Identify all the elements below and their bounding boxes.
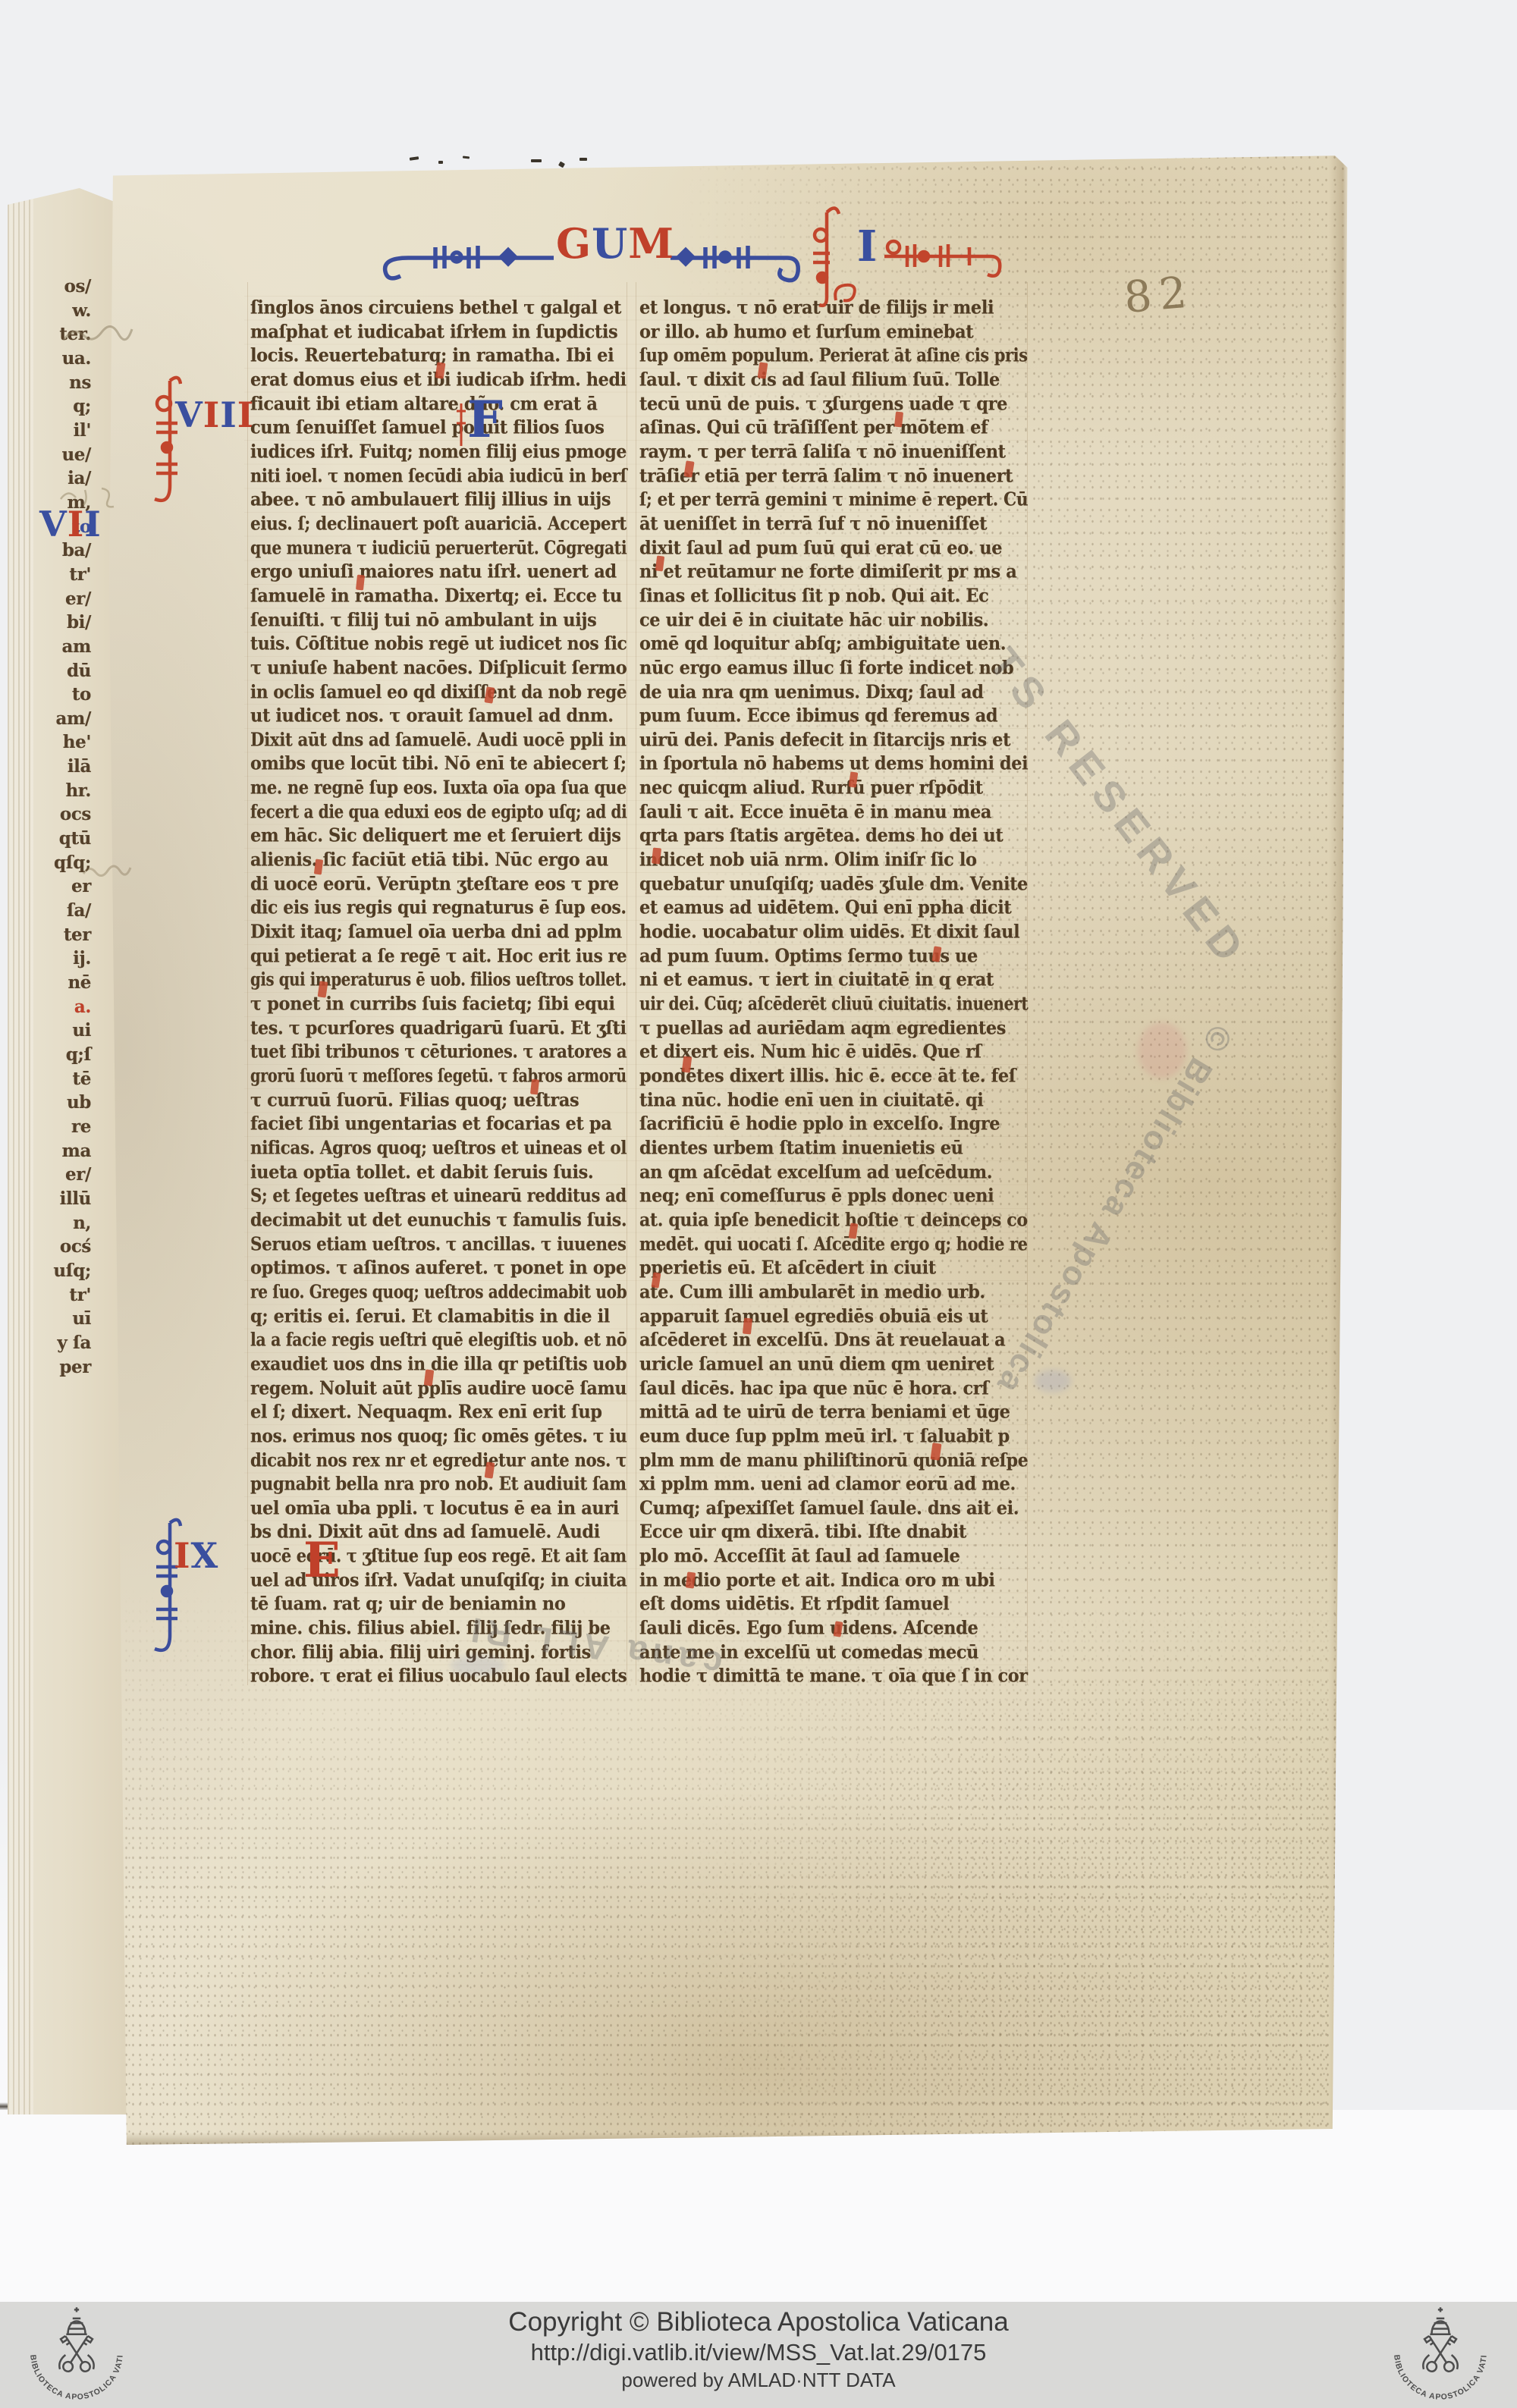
folio-number-pencil: 82	[1122, 267, 1196, 323]
paraph-mark	[530, 1079, 539, 1095]
svg-text:BIBLIOTECA APOSTOLICA VATICANA: BIBLIOTECA APOSTOLICA VATICANA	[1392, 2347, 1489, 2402]
svg-text:BIBLIOTECA APOSTOLICA VATICANA: BIBLIOTECA APOSTOLICA VATICANA	[28, 2347, 125, 2402]
blue-smudge	[1035, 1370, 1071, 1392]
initial-E-chapter9: E	[303, 1537, 341, 1585]
logo-arc-text: BIBLIOTECA APOSTOLICA VATICANA	[1392, 2347, 1489, 2402]
page-right-edge-shade	[1329, 152, 1349, 2145]
pencil-scribble	[58, 317, 149, 352]
text-column-right: et longus. τ nō erat uir de filijs ir me…	[639, 297, 1028, 1689]
blue-smudge	[451, 1655, 505, 1676]
dust-speck	[579, 158, 587, 161]
copyright-line: Copyright © Biblioteca Apostolica Vatica…	[0, 2306, 1517, 2338]
footer-text-block: Copyright © Biblioteca Apostolica Vatica…	[0, 2306, 1517, 2393]
manuscript-scan-page: os/w.ter.ua.nsq;il'ue/ia/m,toba/tr'er/bi…	[0, 0, 1517, 2408]
marginal-note-faint	[79, 859, 147, 881]
small-red-flourish	[831, 281, 859, 306]
dust-speck	[410, 156, 419, 161]
text-column-left: ſinglos ānos circuiens bethel τ galgal e…	[250, 297, 627, 1689]
footer-band: Copyright © Biblioteca Apostolica Vatica…	[0, 2302, 1517, 2408]
margin-text-fragments: os/w.ter.ua.nsq;il'ue/ia/m,toba/tr'er/bi…	[6, 275, 91, 1379]
paraph-mark	[652, 847, 661, 864]
vatican-library-logo-right: BIBLIOTECA APOSTOLICA VATICANA	[1373, 2304, 1508, 2406]
manuscript-url: http://digi.vatlib.it/view/MSS_Vat.lat.2…	[0, 2338, 1517, 2367]
column-rule	[247, 282, 248, 1685]
dust-speck	[438, 161, 443, 164]
vatican-library-logo-left: BIBLIOTECA APOSTOLICA VATICANA	[9, 2304, 144, 2406]
paraph-mark	[894, 412, 903, 428]
dust-speck	[463, 156, 470, 159]
column-rule	[636, 282, 636, 1685]
chapter-numeral-viii: VIII	[175, 397, 254, 432]
dust-speck	[531, 159, 542, 162]
initial-F-chapter8: F	[467, 394, 503, 444]
running-title: GUM	[556, 223, 674, 264]
dust-speck	[558, 162, 565, 168]
initial-F-pen-decoration	[454, 400, 470, 449]
paraph-mark	[356, 575, 365, 591]
paraph-mark	[743, 1317, 752, 1334]
column-rule	[627, 282, 627, 1685]
logo-arc-text: BIBLIOTECA APOSTOLICA VATICANA	[28, 2347, 125, 2402]
chapter-numeral-ix: IX	[174, 1538, 218, 1573]
powered-by-line: powered by AMLAD·NTT DATA	[0, 2367, 1517, 2393]
pencil-scribble	[56, 482, 140, 510]
book-numeral: I	[857, 221, 877, 272]
chapter-numeral-vii: VII	[39, 507, 102, 542]
